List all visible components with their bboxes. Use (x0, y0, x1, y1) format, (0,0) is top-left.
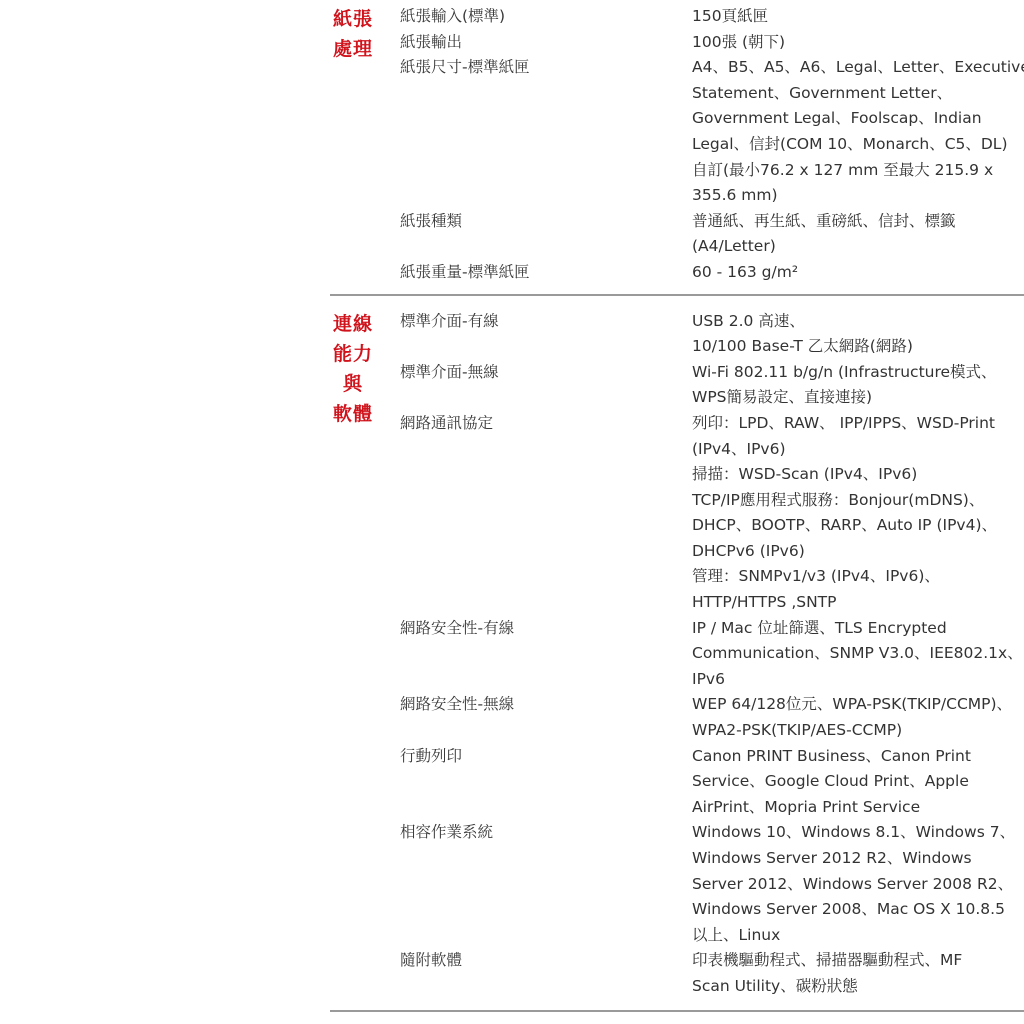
spec-value: A4、B5、A5、A6、Legal、Letter、Executive、 Stat… (692, 55, 1024, 209)
spec-value-line: 355.6 mm) (692, 183, 1024, 209)
spec-row-wired-interface: 標準介面-有線 USB 2.0 高速、 10/100 Base-T 乙太網路(網… (400, 309, 1024, 360)
spec-row-wired-security: 網路安全性-有線 IP / Mac 位址篩選、TLS Encrypted Com… (400, 616, 1024, 693)
spec-value-line: 150頁紙匣 (692, 4, 1024, 30)
spec-value-line: 印表機驅動程式、掃描器驅動程式、MF (692, 948, 1024, 974)
spec-row-wireless-security: 網路安全性-無線 WEP 64/128位元、WPA-PSK(TKIP/CCMP)… (400, 692, 1024, 743)
section-paper-handling: 紙張 處理 紙張輸入(標準) 150頁紙匣 紙張輸出 100張 (朝下) 紙張尺… (330, 4, 1024, 294)
spec-value-line: 100張 (朝下) (692, 30, 1024, 56)
heading-line: 能力 (330, 339, 376, 369)
heading-line: 與 (330, 369, 376, 399)
spec-value-line: AirPrint、Mopria Print Service (692, 795, 1024, 821)
spec-label: 紙張尺寸-標準紙匣 (400, 55, 692, 209)
spec-value-line: WPS簡易設定、直接連接) (692, 385, 1024, 411)
spec-value-line: 掃描：WSD-Scan (IPv4、IPv6) (692, 462, 1024, 488)
spec-value: 普通紙、再生紙、重磅紙、信封、標籤 (A4/Letter) (692, 209, 1024, 260)
spec-value-line: TCP/IP應用程式服務：Bonjour(mDNS)、 (692, 488, 1024, 514)
spec-value-line: 列印：LPD、RAW、 IPP/IPPS、WSD-Print (692, 411, 1024, 437)
spec-label: 網路通訊協定 (400, 411, 692, 616)
spec-label: 網路安全性-無線 (400, 692, 692, 743)
spec-value-line: A4、B5、A5、A6、Legal、Letter、Executive、 (692, 55, 1024, 81)
spec-row-paper-type: 紙張種類 普通紙、再生紙、重磅紙、信封、標籤 (A4/Letter) (400, 209, 1024, 260)
spec-value: IP / Mac 位址篩選、TLS Encrypted Communicatio… (692, 616, 1024, 693)
heading-line: 處理 (330, 34, 376, 64)
section-connectivity-software: 連線 能力 與 軟體 標準介面-有線 USB 2.0 高速、 10/100 Ba… (330, 294, 1024, 1012)
spec-value-line: 60 - 163 g/m² (692, 260, 1024, 286)
heading-line: 紙張 (330, 4, 376, 34)
spec-value-line: 管理：SNMPv1/v3 (IPv4、IPv6)、 (692, 564, 1024, 590)
spec-value-line: IP / Mac 位址篩選、TLS Encrypted (692, 616, 1024, 642)
spec-label: 標準介面-無線 (400, 360, 692, 411)
spec-value-line: Windows 10、Windows 8.1、Windows 7、 (692, 820, 1024, 846)
spec-row-wireless-interface: 標準介面-無線 Wi-Fi 802.11 b/g/n (Infrastructu… (400, 360, 1024, 411)
spec-value: Wi-Fi 802.11 b/g/n (Infrastructure模式、 WP… (692, 360, 1024, 411)
spec-value-line: USB 2.0 高速、 (692, 309, 1024, 335)
spec-row-paper-size: 紙張尺寸-標準紙匣 A4、B5、A5、A6、Legal、Letter、Execu… (400, 55, 1024, 209)
spec-value-line: Canon PRINT Business、Canon Print (692, 744, 1024, 770)
spec-rows: 標準介面-有線 USB 2.0 高速、 10/100 Base-T 乙太網路(網… (400, 309, 1024, 1000)
spec-value-line: 自訂(最小76.2 x 127 mm 至最大 215.9 x (692, 158, 1024, 184)
spec-label: 行動列印 (400, 744, 692, 821)
spec-value: 印表機驅動程式、掃描器驅動程式、MF Scan Utility、碳粉狀態 (692, 948, 1024, 999)
heading-line: 連線 (330, 309, 376, 339)
spec-label: 網路安全性-有線 (400, 616, 692, 693)
spec-value-line: Service、Google Cloud Print、Apple (692, 769, 1024, 795)
spec-value-line: 普通紙、再生紙、重磅紙、信封、標籤 (692, 209, 1024, 235)
spec-value-line: WEP 64/128位元、WPA-PSK(TKIP/CCMP)、 (692, 692, 1024, 718)
spec-value-line: DHCP、BOOTP、RARP、Auto IP (IPv4)、 (692, 513, 1024, 539)
spec-value-line: Communication、SNMP V3.0、IEE802.1x、 (692, 641, 1024, 667)
spec-value: Canon PRINT Business、Canon Print Service… (692, 744, 1024, 821)
spec-row-bundled-software: 隨附軟體 印表機驅動程式、掃描器驅動程式、MF Scan Utility、碳粉狀… (400, 948, 1024, 999)
spec-row-paper-output: 紙張輸出 100張 (朝下) (400, 30, 1024, 56)
spec-row-paper-weight: 紙張重量-標準紙匣 60 - 163 g/m² (400, 260, 1024, 286)
spec-label: 紙張輸入(標準) (400, 4, 692, 30)
spec-row-network-protocols: 網路通訊協定 列印：LPD、RAW、 IPP/IPPS、WSD-Print (I… (400, 411, 1024, 616)
spec-value-line: HTTP/HTTPS ,SNTP (692, 590, 1024, 616)
spec-value-line: IPv6 (692, 667, 1024, 693)
section-heading: 連線 能力 與 軟體 (330, 309, 400, 1000)
spec-value-line: Legal、信封(COM 10、Monarch、C5、DL) (692, 132, 1024, 158)
spec-value: 150頁紙匣 (692, 4, 1024, 30)
spec-value-line: Scan Utility、碳粉狀態 (692, 974, 1024, 1000)
spec-value-line: Windows Server 2008、Mac OS X 10.8.5 (692, 897, 1024, 923)
spec-label: 紙張輸出 (400, 30, 692, 56)
spec-value: WEP 64/128位元、WPA-PSK(TKIP/CCMP)、 WPA2-PS… (692, 692, 1024, 743)
section-heading: 紙張 處理 (330, 4, 400, 286)
spec-value: 列印：LPD、RAW、 IPP/IPPS、WSD-Print (IPv4、IPv… (692, 411, 1024, 616)
spec-row-compatible-os: 相容作業系統 Windows 10、Windows 8.1、Windows 7、… (400, 820, 1024, 948)
spec-value-line: Wi-Fi 802.11 b/g/n (Infrastructure模式、 (692, 360, 1024, 386)
spec-value-line: DHCPv6 (IPv6) (692, 539, 1024, 565)
spec-value-line: 10/100 Base-T 乙太網路(網路) (692, 334, 1024, 360)
spec-label: 隨附軟體 (400, 948, 692, 999)
spec-value-line: WPA2-PSK(TKIP/AES-CCMP) (692, 718, 1024, 744)
spec-value-line: Windows Server 2012 R2、Windows (692, 846, 1024, 872)
spec-sheet: 紙張 處理 紙張輸入(標準) 150頁紙匣 紙張輸出 100張 (朝下) 紙張尺… (330, 4, 1024, 1012)
spec-value-line: Government Legal、Foolscap、Indian (692, 106, 1024, 132)
spec-value: 100張 (朝下) (692, 30, 1024, 56)
spec-value: 60 - 163 g/m² (692, 260, 1024, 286)
spec-label: 相容作業系統 (400, 820, 692, 948)
spec-row-paper-input: 紙張輸入(標準) 150頁紙匣 (400, 4, 1024, 30)
spec-label: 標準介面-有線 (400, 309, 692, 360)
spec-rows: 紙張輸入(標準) 150頁紙匣 紙張輸出 100張 (朝下) 紙張尺寸-標準紙匣… (400, 4, 1024, 286)
spec-value-line: (A4/Letter) (692, 234, 1024, 260)
spec-value: Windows 10、Windows 8.1、Windows 7、 Window… (692, 820, 1024, 948)
spec-row-mobile-printing: 行動列印 Canon PRINT Business、Canon Print Se… (400, 744, 1024, 821)
spec-label: 紙張重量-標準紙匣 (400, 260, 692, 286)
spec-value-line: 以上、Linux (692, 923, 1024, 949)
spec-value-line: Statement、Government Letter、 (692, 81, 1024, 107)
spec-label: 紙張種類 (400, 209, 692, 260)
spec-value-line: (IPv4、IPv6) (692, 437, 1024, 463)
spec-value-line: Server 2012、Windows Server 2008 R2、 (692, 872, 1024, 898)
spec-value: USB 2.0 高速、 10/100 Base-T 乙太網路(網路) (692, 309, 1024, 360)
heading-line: 軟體 (330, 399, 376, 429)
